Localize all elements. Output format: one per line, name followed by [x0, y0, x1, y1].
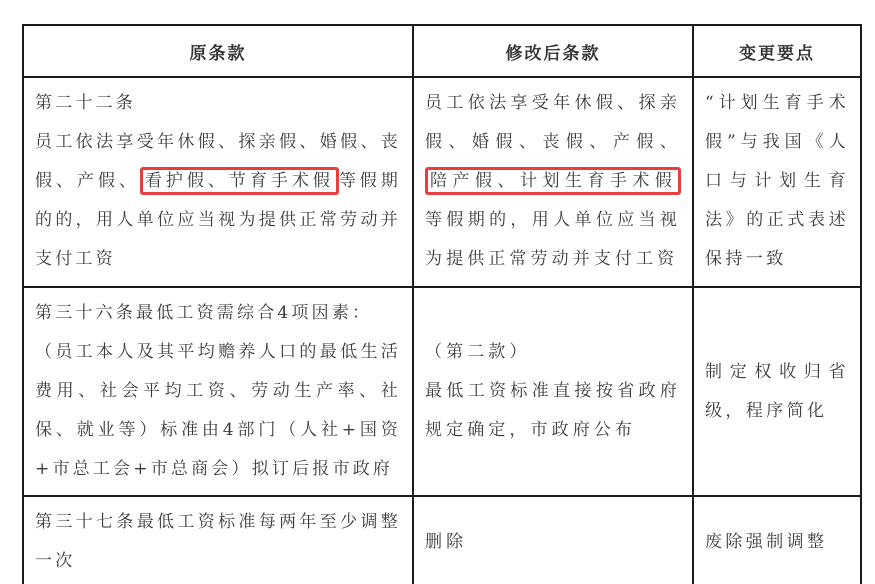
- text-segment: 第三十六条最低工资需综合4项因素：: [35, 303, 372, 323]
- table-header-row: 原条款修改后条款变更要点: [23, 25, 861, 77]
- paragraph: （第二款）: [425, 333, 681, 372]
- table-row: 第三十七条最低工资标准每两年至少调整一次删除废除强制调整: [23, 496, 861, 584]
- text-segment: 最低工资标准直接按省政府规定确定，市政府公布: [425, 381, 681, 440]
- highlight-box: 看护假、节育手术假: [140, 167, 339, 195]
- column-header-original-clause: 原条款: [23, 25, 413, 77]
- text-segment: 等假期的，用人单位应当视为提供正常劳动并支付工资: [425, 210, 681, 269]
- paragraph: 制定权收归省级，程序简化: [705, 353, 849, 431]
- highlight-box: 陪产假、计划生育手术假: [425, 167, 681, 195]
- cell-modified-clause: 员工依法享受年休假、探亲假、婚假、丧假、产假、陪产假、计划生育手术假等假期的，用…: [413, 77, 693, 287]
- paragraph: 员工依法享受年休假、探亲假、婚假、丧假、产假、看护假、节育手术假等假期的的，用人…: [35, 123, 401, 279]
- cell-change-points: “计划生育手术假”与我国《人口与计划生育法》的正式表述保持一致: [693, 77, 861, 287]
- text-segment: 废除强制调整: [705, 532, 827, 552]
- paragraph: “计划生育手术假”与我国《人口与计划生育法》的正式表述保持一致: [705, 84, 849, 279]
- paragraph: 第三十七条最低工资标准每两年至少调整一次: [35, 503, 401, 581]
- cell-change-points: 制定权收归省级，程序简化: [693, 287, 861, 496]
- text-segment: 删除: [425, 532, 467, 552]
- cell-original-clause: 第三十七条最低工资标准每两年至少调整一次: [23, 496, 413, 584]
- text-segment: 制定权收归省级，程序简化: [705, 362, 849, 421]
- text-segment: “计划生育手术假”与我国《人口与计划生育法》的正式表述保持一致: [705, 93, 849, 269]
- cell-modified-clause: （第二款）最低工资标准直接按省政府规定确定，市政府公布: [413, 287, 693, 496]
- paragraph: 员工依法享受年休假、探亲假、婚假、丧假、产假、陪产假、计划生育手术假等假期的，用…: [425, 84, 681, 279]
- paragraph: 第三十六条最低工资需综合4项因素：: [35, 294, 401, 333]
- cell-change-points: 废除强制调整: [693, 496, 861, 584]
- column-header-change-points: 变更要点: [693, 25, 861, 77]
- clause-comparison-table: 原条款修改后条款变更要点 第二十二条员工依法享受年休假、探亲假、婚假、丧假、产假…: [22, 24, 862, 584]
- paragraph: （员工本人及其平均赡养人口的最低生活费用、社会平均工资、劳动生产率、社保、就业等…: [35, 333, 401, 489]
- table-row: 第三十六条最低工资需综合4项因素：（员工本人及其平均赡养人口的最低生活费用、社会…: [23, 287, 861, 496]
- paragraph: 废除强制调整: [705, 523, 849, 562]
- table-row: 第二十二条员工依法享受年休假、探亲假、婚假、丧假、产假、看护假、节育手术假等假期…: [23, 77, 861, 287]
- text-segment: （员工本人及其平均赡养人口的最低生活费用、社会平均工资、劳动生产率、社保、就业等…: [35, 342, 401, 479]
- cell-original-clause: 第二十二条员工依法享受年休假、探亲假、婚假、丧假、产假、看护假、节育手术假等假期…: [23, 77, 413, 287]
- cell-modified-clause: 删除: [413, 496, 693, 584]
- paragraph: 最低工资标准直接按省政府规定确定，市政府公布: [425, 372, 681, 450]
- cell-original-clause: 第三十六条最低工资需综合4项因素：（员工本人及其平均赡养人口的最低生活费用、社会…: [23, 287, 413, 496]
- text-segment: 第二十二条: [35, 93, 136, 113]
- text-segment: 第三十七条最低工资标准每两年至少调整一次: [35, 512, 401, 571]
- document-page: 原条款修改后条款变更要点 第二十二条员工依法享受年休假、探亲假、婚假、丧假、产假…: [0, 0, 875, 584]
- text-segment: 员工依法享受年休假、探亲假、婚假、丧假、产假、: [425, 93, 681, 152]
- column-header-modified-clause: 修改后条款: [413, 25, 693, 77]
- text-segment: （第二款）: [425, 342, 531, 362]
- paragraph: 删除: [425, 523, 681, 562]
- paragraph: 第二十二条: [35, 84, 401, 123]
